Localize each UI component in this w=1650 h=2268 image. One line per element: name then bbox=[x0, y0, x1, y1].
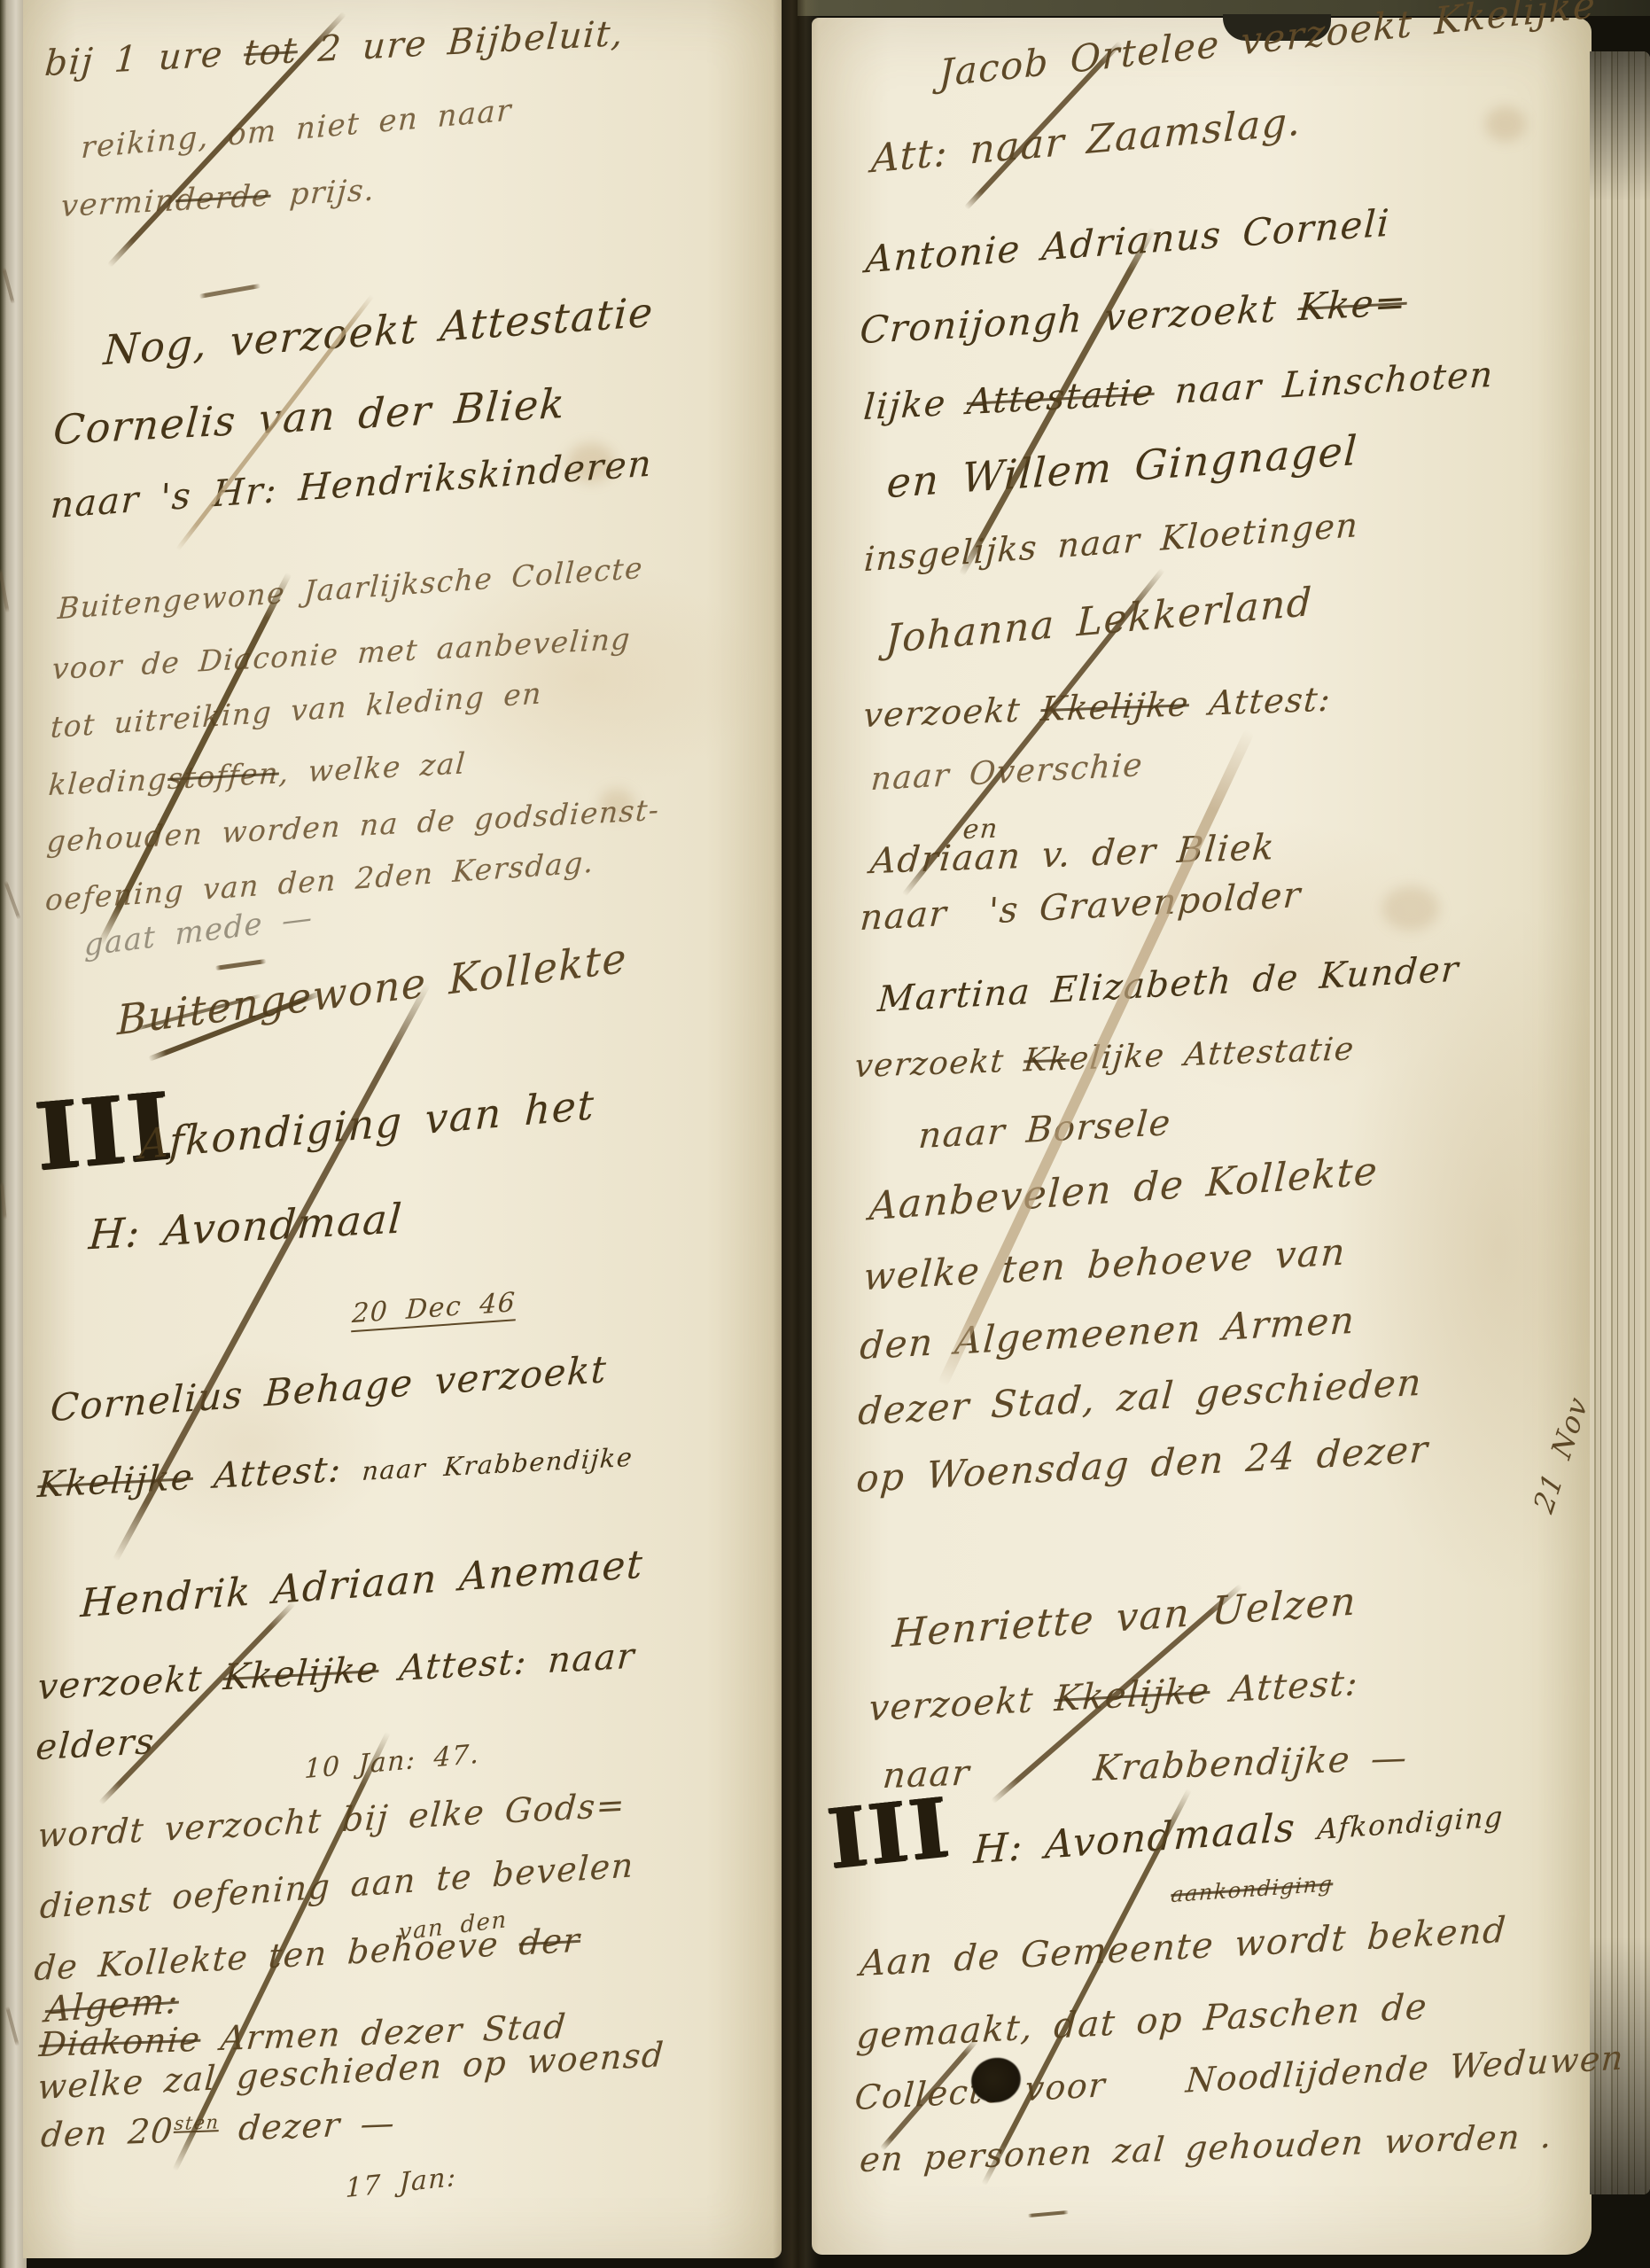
handwritten-line: reiking, om niet en naar bbox=[81, 95, 513, 163]
margin-date: 17 Jan: bbox=[345, 2164, 456, 2202]
word: naar Linschoten bbox=[1153, 355, 1495, 413]
handwritten-line: Att: naar Zaamslag. bbox=[870, 103, 1302, 180]
pen-stroke bbox=[1028, 2210, 1069, 2217]
pen-stroke bbox=[0, 569, 10, 613]
handwritten-line: Aanbevelen de Kollekte bbox=[868, 1152, 1380, 1227]
handwritten-line: Buitengewone Jaarlijksche Collecte bbox=[57, 553, 644, 623]
handwritten-line: den 20sten dezer — bbox=[40, 2106, 397, 2152]
word: elijke Attestatie bbox=[1068, 1031, 1356, 1077]
handwritten-line: Cornelius Behage verzoekt bbox=[50, 1351, 609, 1427]
handwritten-line: Martina Elizabeth de Kunder bbox=[876, 952, 1460, 1018]
handwritten-line: Buitengewone Kollekte bbox=[117, 937, 627, 1040]
pen-stroke bbox=[4, 880, 20, 920]
handwriting-layer: bij 1 ure tot 2 ure Bijbeluit,reiking, o… bbox=[0, 0, 1650, 2268]
margin-note-rotated: 21 Nov bbox=[1529, 1391, 1592, 1516]
handwritten-line: Aan de Gemeente wordt bekend bbox=[859, 1913, 1508, 1982]
struck-word: Kkelijke bbox=[36, 1457, 195, 1506]
roman-numeral: III bbox=[824, 1787, 954, 1881]
pen-stroke bbox=[2, 267, 15, 304]
handwritten-line: Adriaan v. der Bliek bbox=[868, 830, 1276, 879]
handwritten-line: Kkelijke Attest: naar Krabbendijke bbox=[36, 1437, 634, 1503]
handwritten-line: H: Avondmaals Afkondiging bbox=[973, 1794, 1505, 1870]
margin-date: 10 Jan: 47. bbox=[304, 1742, 480, 1784]
struck-correction: aankondiging bbox=[1171, 1873, 1334, 1906]
word: kleding bbox=[47, 761, 168, 802]
struck-word: der bbox=[518, 1921, 581, 1963]
struck-word: Kke= bbox=[1296, 280, 1408, 330]
handwritten-line: insgelijks naar Kloetingen bbox=[863, 508, 1359, 576]
handwritten-line: verzoekt Kkelijke Attest: naar bbox=[36, 1639, 636, 1706]
handwritten-line: Nog, verzoekt Attestatie bbox=[103, 292, 655, 371]
word: 2 ure Bijbeluit, bbox=[296, 13, 625, 72]
handwritten-line: lijke Attestatie naar Linschoten bbox=[862, 357, 1495, 425]
handwritten-line: dienst oefening aan te bevelen bbox=[39, 1848, 635, 1923]
pen-stroke bbox=[0, 1182, 7, 1220]
handwritten-line: naar Borsele bbox=[917, 1105, 1172, 1154]
handwritten-line: naar Overschie bbox=[869, 750, 1144, 796]
handwritten-line: Henriette van Uelzen bbox=[891, 1582, 1358, 1654]
word: Attest: bbox=[1209, 1663, 1360, 1711]
handwritten-line: welke ten behoeve van bbox=[862, 1233, 1347, 1296]
word: Cronijongh verzoekt bbox=[859, 285, 1300, 352]
word: Attest: bbox=[1187, 680, 1333, 724]
word: naar Krabbendijke bbox=[361, 1442, 634, 1486]
word: dezer — bbox=[217, 2103, 397, 2148]
handwritten-line: naar 's Hr: Hendrikskinderen bbox=[50, 446, 653, 525]
handwritten-line: en personen zal gehouden worden . bbox=[859, 2119, 1554, 2177]
handwritten-line: Jacob Ortelee verzoekt Kkelijke bbox=[938, 0, 1596, 92]
word: den 20 bbox=[39, 2111, 175, 2155]
struck-word: Diakonie bbox=[37, 2020, 202, 2065]
pen-stroke bbox=[199, 284, 261, 299]
handwritten-line: en Willem Gingnagel bbox=[886, 430, 1359, 503]
word: H: Avondmaals bbox=[973, 1804, 1319, 1873]
pen-stroke bbox=[215, 959, 267, 970]
struck-word: aankondiging bbox=[1171, 1871, 1334, 1907]
handwritten-line: H: Avondmaal bbox=[88, 1197, 404, 1255]
handwritten-line: de Kollekte ten behoeve der bbox=[33, 1923, 581, 1985]
word: Afkondiging bbox=[1317, 1801, 1505, 1846]
handwritten-line: Cronijongh verzoekt Kke= bbox=[859, 284, 1408, 350]
handwritten-line: op Woensdag den 24 dezer bbox=[855, 1430, 1430, 1498]
word: prijs. bbox=[269, 172, 377, 213]
word: verzoekt bbox=[861, 690, 1042, 735]
word: lijke bbox=[862, 382, 969, 428]
handwritten-line: voor de Diaconie met aanbeveling bbox=[51, 624, 633, 683]
handwritten-line: gemaakt, dat op Paschen de bbox=[855, 1989, 1428, 2054]
handwritten-line: Hendrik Adriaan Anemaet bbox=[80, 1546, 645, 1625]
word: bij 1 ure bbox=[43, 33, 245, 84]
word: Attest: bbox=[191, 1448, 363, 1498]
struck-word: Kk bbox=[1023, 1041, 1071, 1079]
handwritten-line: oefening van den 2den Kersdag. bbox=[44, 847, 595, 916]
handwritten-line: verzoekt Kkelijke Attest: bbox=[862, 682, 1333, 733]
handwritten-line: naar 's Gravenpolder bbox=[859, 877, 1303, 936]
word: Attest: naar bbox=[377, 1636, 636, 1690]
handwritten-line: den Algemeenen Armen bbox=[859, 1302, 1357, 1366]
word: vermin bbox=[59, 183, 176, 224]
handwritten-line: kledingstoffen, welke zal bbox=[48, 748, 468, 799]
handwritten-line: naar Krabbendijke — bbox=[881, 1740, 1409, 1794]
word: verzoekt bbox=[868, 1679, 1056, 1729]
handwritten-line: Cornelis van der Bliek bbox=[52, 383, 567, 451]
pen-stroke bbox=[5, 2006, 19, 2046]
word: , welke zal bbox=[278, 745, 468, 790]
handwritten-line: verminderde prijs. bbox=[60, 175, 377, 222]
manuscript-photo: bij 1 ure tot 2 ure Bijbeluit,reiking, o… bbox=[0, 0, 1650, 2268]
handwritten-line: tot uitreiking van kleding en bbox=[50, 678, 543, 742]
word: verzoekt bbox=[853, 1042, 1026, 1085]
margin-date: 20 Dec 46 bbox=[351, 1290, 517, 1332]
